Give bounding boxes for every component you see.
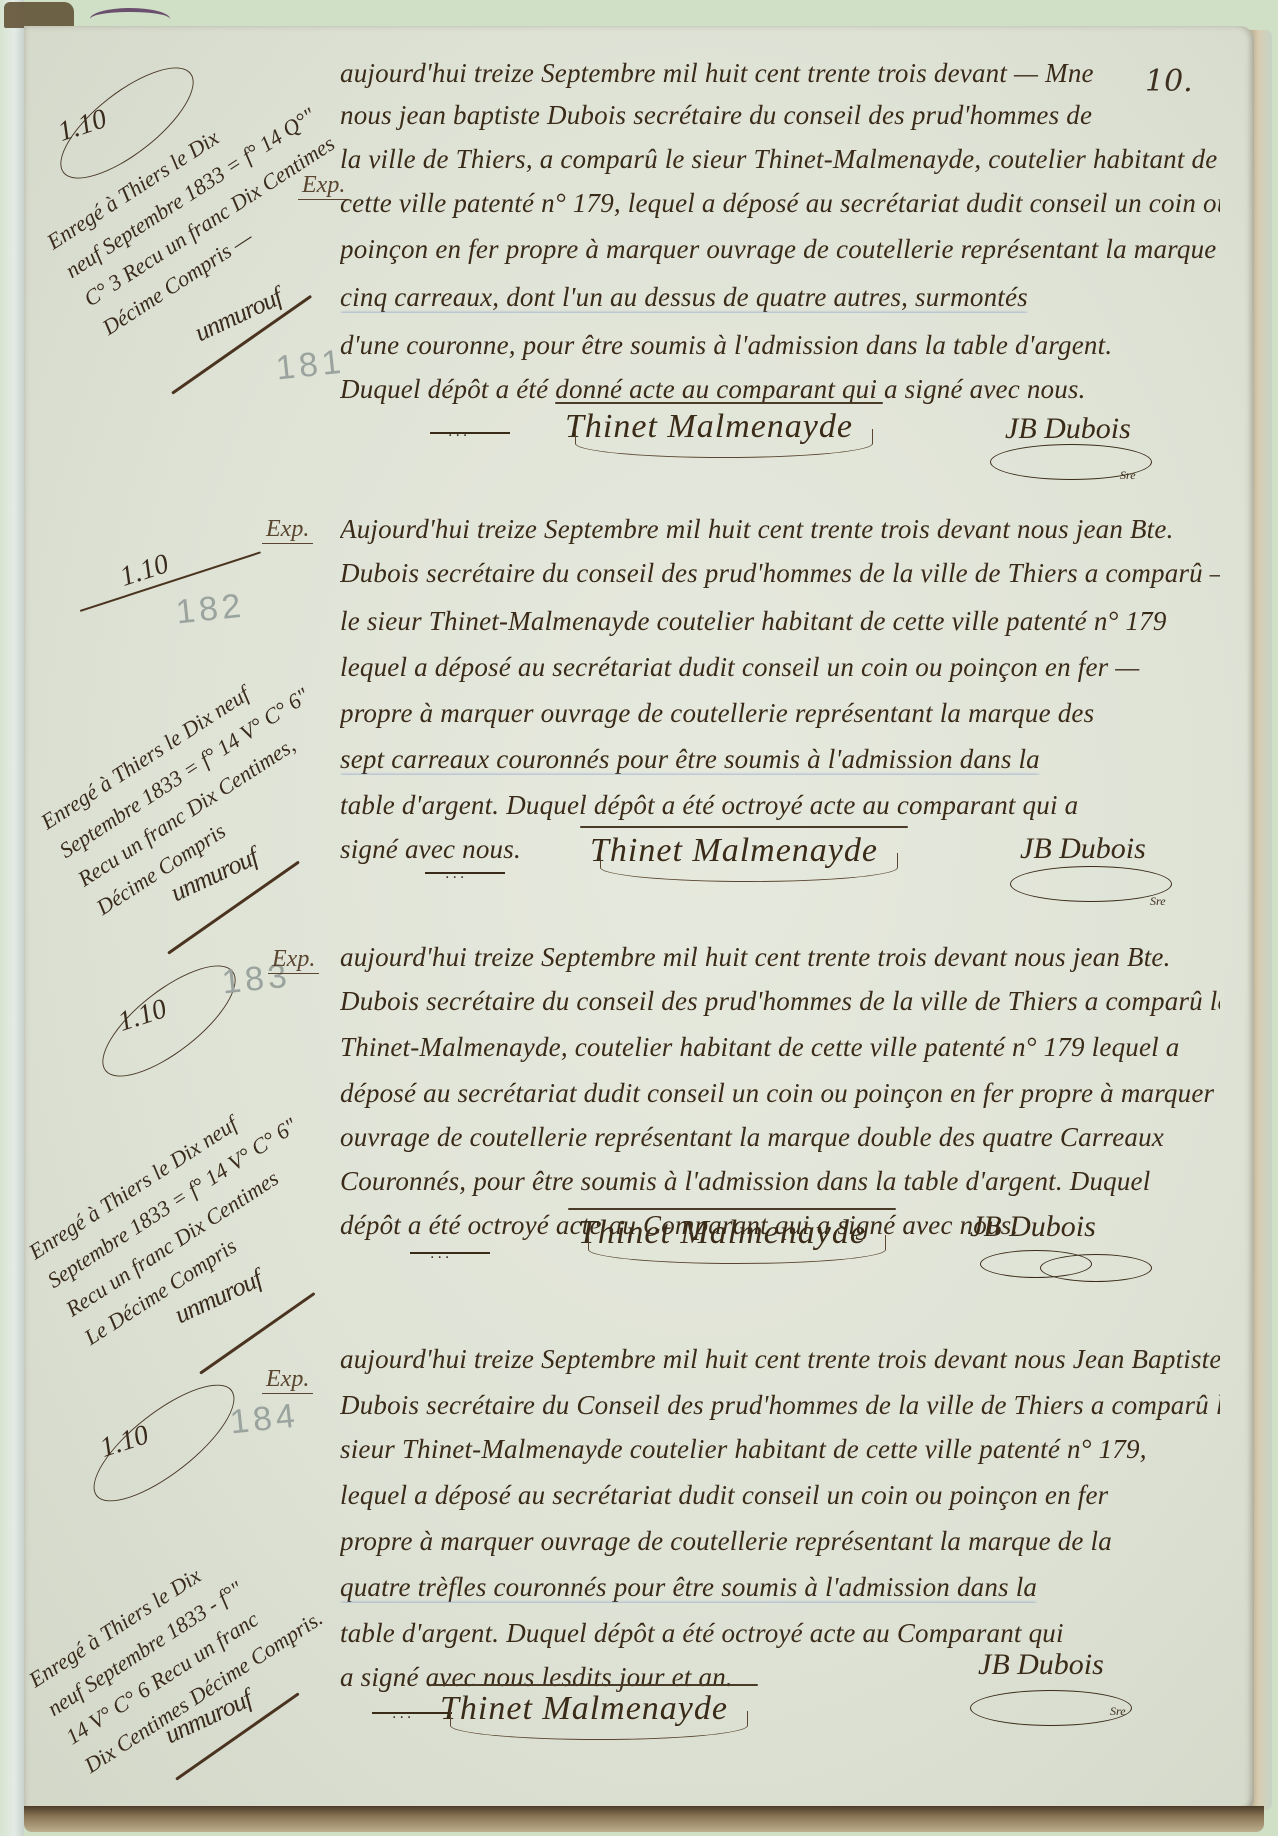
text-line: le sieur Thinet-Malmenayde coutelier hab… (340, 606, 1220, 637)
text-line: sept carreaux couronnés pour être soumis… (340, 744, 1220, 775)
dubois-flourish (1040, 1254, 1152, 1282)
text-line: nous jean baptiste Dubois secrétaire du … (340, 100, 1220, 131)
scan-background-left (0, 0, 24, 1836)
signature-dubois: JB Dubois (978, 1648, 1104, 1682)
text-line: table d'argent. Duquel dépôt a été octro… (340, 790, 1220, 821)
signature-title: Sre (1150, 894, 1166, 909)
pencil-folio-number: 184 (228, 1397, 300, 1443)
page-bottom-edge (24, 1806, 1264, 1832)
highlighted-mark-description: cinq carreaux, dont l'un au dessus de qu… (340, 282, 1028, 312)
signature-title: Sre (1120, 468, 1136, 483)
text-line: quatre trèfles couronnés pour être soumi… (340, 1572, 1220, 1603)
text-line: déposé au secrétariat dudit conseil un c… (340, 1078, 1220, 1109)
text-line: poinçon en fer propre à marquer ouvrage … (340, 234, 1220, 265)
highlighted-mark-description: quatre trèfles couronnés pour être soumi… (340, 1572, 1037, 1602)
text-line: lequel a déposé au secrétariat dudit con… (340, 1480, 1220, 1511)
text-line: Couronnés, pour être soumis à l'admissio… (340, 1166, 1220, 1197)
signature-dubois: JB Dubois (1020, 832, 1146, 866)
signature-dubois: JB Dubois (970, 1210, 1096, 1244)
text-line: Dubois secrétaire du conseil des prud'ho… (340, 986, 1220, 1017)
exp-mark: Exp. (262, 516, 313, 544)
signature-thinet-malmenayde: Thinet Malmenayde (565, 408, 853, 446)
signature-dubois: JB Dubois (1005, 412, 1131, 446)
binding-thread (4, 2, 74, 28)
text-line: d'une couronne, pour être soumis à l'adm… (340, 330, 1220, 361)
signature-thinet-malmenayde: Thinet Malmenayde (578, 1214, 866, 1252)
signature-thinet-malmenayde: Thinet Malmenayde (440, 1690, 728, 1728)
signature-title: Sre (1110, 1704, 1126, 1719)
exp-mark: Exp. (268, 946, 319, 974)
text-line: Dubois secrétaire du conseil des prud'ho… (340, 558, 1220, 589)
text-line: Dubois secrétaire du Conseil des prud'ho… (340, 1390, 1220, 1421)
dubois-flourish (1010, 866, 1172, 902)
signature-dots: ... (448, 424, 470, 440)
text-line: ouvrage de coutellerie représentant la m… (340, 1122, 1220, 1153)
text-line: Aujourd'hui treize Septembre mil huit ce… (340, 514, 1220, 545)
text-line: aujourd'hui treize Septembre mil huit ce… (340, 1344, 1220, 1375)
text-line: Duquel dépôt a été donné acte au compara… (340, 374, 1220, 405)
text-line: lequel a déposé au secrétariat dudit con… (340, 652, 1220, 683)
text-line: Thinet-Malmenayde, coutelier habitant de… (340, 1032, 1220, 1063)
text-line: la ville de Thiers, a comparû le sieur T… (340, 144, 1220, 175)
signature-dots: ... (430, 1246, 452, 1262)
highlighted-mark-description: sept carreaux couronnés pour être soumis… (340, 744, 1040, 774)
text-line: aujourd'hui treize Septembre mil huit ce… (340, 942, 1220, 973)
text-line: cette ville patenté n° 179, lequel a dép… (340, 188, 1220, 219)
pencil-folio-number: 181 (274, 343, 346, 389)
pencil-folio-number: 182 (174, 587, 246, 633)
text-line: propre à marquer ouvrage de coutellerie … (340, 698, 1220, 729)
dubois-flourish (970, 1690, 1132, 1726)
text-line: propre à marquer ouvrage de coutellerie … (340, 1526, 1220, 1557)
signature-thinet-malmenayde: Thinet Malmenayde (590, 832, 878, 870)
text-line: aujourd'hui treize Septembre mil huit ce… (340, 58, 1220, 89)
signature-dots: ... (445, 866, 467, 882)
text-line: sieur Thinet-Malmenayde coutelier habita… (340, 1434, 1220, 1465)
exp-mark: Exp. (262, 1366, 313, 1394)
text-line: table d'argent. Duquel dépôt a été octro… (340, 1618, 1220, 1649)
text-line: cinq carreaux, dont l'un au dessus de qu… (340, 282, 1220, 313)
signature-dots: ... (392, 1706, 414, 1722)
